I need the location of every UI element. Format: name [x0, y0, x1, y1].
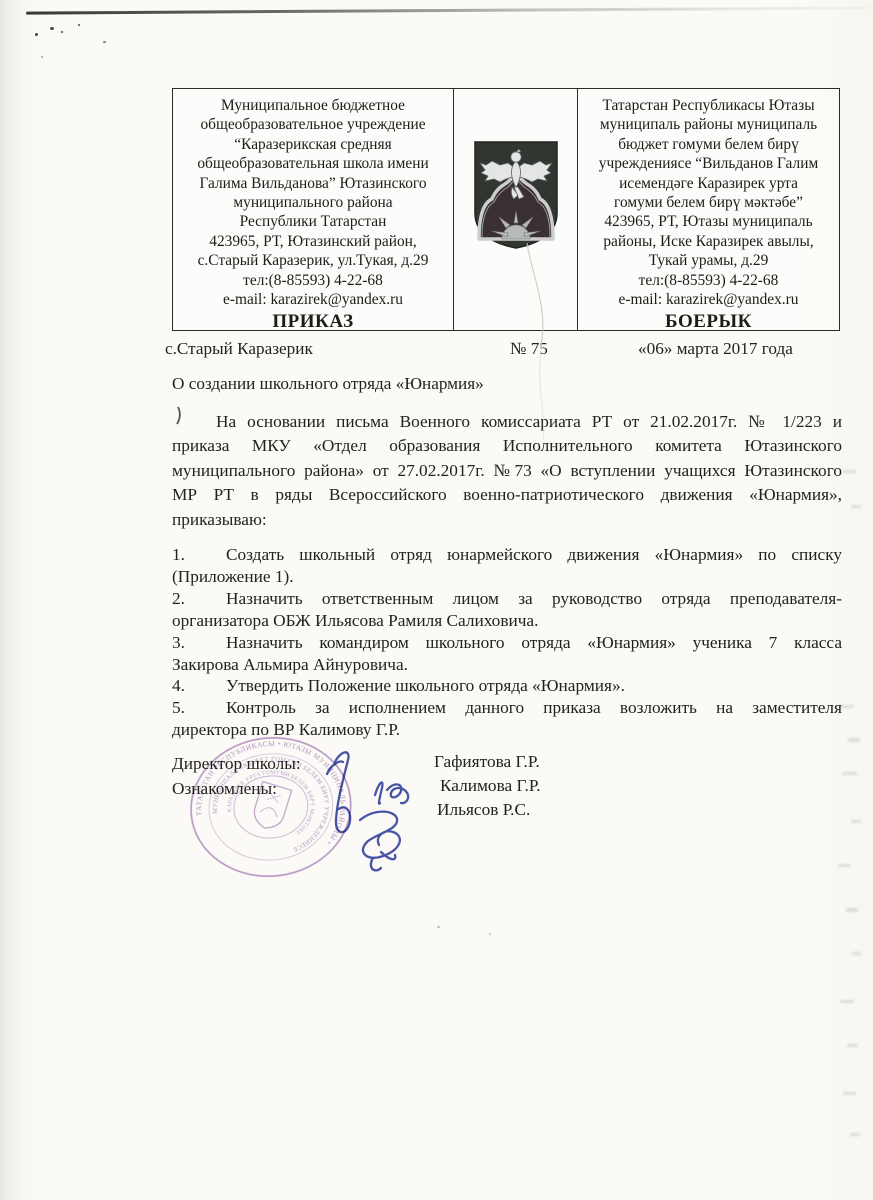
scanned-document-page: Муниципальное бюджетное общеобразователь… [0, 0, 873, 1200]
order-item-3: 3.Назначить командиром школьного отряда … [172, 632, 842, 676]
bleed-through-mark [850, 1133, 860, 1136]
letterhead-line: общеобразовательная школа имени [173, 154, 453, 173]
letterhead-line: тел:(8-85593) 4-22-68 [173, 271, 453, 290]
letterhead-line: с.Старый Каразерик, ул.Тукая, д.29 [173, 251, 453, 270]
order-word-tatar: БОЕРЫК [578, 310, 839, 333]
letterhead-russian-block: Муниципальное бюджетное общеобразователь… [173, 89, 454, 330]
preamble-line: приказа МКУ «Отдел образования Исполните… [172, 434, 842, 458]
stamp-inner-ring-text: КАРАЗИРЕК УРТА ГОМУМИ БЕЛЕМ БИРҮ МӘКТӘБЕ [223, 765, 319, 844]
letterhead-line: муниципаль районы муниципаль [578, 115, 839, 134]
letterhead-tatar-block: Татарстан Республикасы Ютазы муниципаль … [578, 89, 839, 330]
order-preamble: На основании письма Военного комиссариат… [172, 410, 842, 532]
order-item-1: 1.Создать школьный отряд юнармейского дв… [172, 544, 842, 588]
letterhead-line: исемендәге Каразирек урта [578, 174, 839, 193]
scan-speck [103, 41, 106, 43]
ilyasov-signature-stroke [360, 812, 400, 858]
scan-speck [35, 33, 38, 36]
order-subject: О создании школьного отряда «Юнармия» [172, 374, 484, 394]
order-item-4: 4.Утвердить Положение школьного отряда «… [172, 675, 842, 697]
bleed-through-mark [851, 505, 861, 508]
stamp-center-shield [250, 782, 292, 833]
scan-speck [61, 31, 63, 33]
item-text: Назначить командиром школьного отряда «Ю… [226, 633, 842, 652]
item-number: 5. [172, 697, 226, 719]
bleed-through-mark [852, 952, 861, 955]
scan-speck [437, 926, 440, 928]
letterhead-line: Республики Татарстан [173, 212, 453, 231]
kalimova-signature-stroke [375, 782, 382, 803]
letterhead-line: бюджет гомуми белем бирү [578, 135, 839, 154]
letterhead-line: e-mail: karazirek@yandex.ru [578, 290, 839, 309]
order-item-2: 2.Назначить ответственным лицом за руков… [172, 588, 842, 632]
letterhead-line: Татарстан Республикасы Ютазы [578, 96, 839, 115]
scan-speck [50, 27, 54, 30]
item-number: 3. [172, 632, 226, 654]
scan-edge-line [26, 6, 868, 14]
coat-of-arms-icon [472, 139, 560, 251]
letterhead-line: Галима Вильданова” Ютазинского [173, 174, 453, 193]
letterhead-line: общеобразовательное учреждение [173, 115, 453, 134]
order-meta-row: с.Старый Каразерик № 75 «06» марта 2017 … [165, 339, 855, 363]
handwritten-signatures [315, 740, 430, 880]
director-signature-stroke [327, 762, 343, 774]
bleed-through-mark [840, 705, 854, 708]
preamble-line: МР РТ в ряды Всероссийского военно-патри… [172, 483, 842, 507]
preamble-line: На основании письма Военного комиссариат… [172, 410, 842, 434]
item-number: 4. [172, 675, 226, 697]
bleed-through-mark [848, 738, 860, 742]
preamble-line: муниципального района» от 27.02.2017г. №… [172, 459, 842, 483]
item-number: 2. [172, 588, 226, 610]
bleed-through-mark [838, 864, 851, 867]
order-word-russian: ПРИКАЗ [173, 310, 453, 333]
order-place: с.Старый Каразерик [165, 339, 313, 359]
letterhead-line: муниципального района [173, 193, 453, 212]
preamble-line: приказываю: [172, 508, 842, 532]
scan-speck [489, 933, 491, 935]
order-number: № 75 [510, 339, 548, 359]
signature-name-ilyasov: Ильясов Р.С. [437, 800, 530, 820]
item-text: Утвердить Положение школьного отряда «Юн… [226, 676, 625, 695]
bleed-through-mark [842, 772, 857, 775]
signature-name-kalimova: Калимова Г.Р. [440, 776, 541, 796]
bleed-through-mark [851, 820, 861, 823]
bleed-through-mark [847, 1044, 858, 1047]
letterhead-line: районы, Иске Каразирек авылы, [578, 232, 839, 251]
letterhead-emblem-cell [454, 89, 578, 330]
scan-speck [78, 24, 80, 26]
letterhead-line: гомуми белем бирү мәктәбе” [578, 193, 839, 212]
item-text: Назначить ответственным лицом за руковод… [226, 589, 842, 608]
bleed-through-mark [846, 908, 858, 912]
letterhead-line: Муниципальное бюджетное [173, 96, 453, 115]
letterhead-table: Муниципальное бюджетное общеобразователь… [172, 88, 840, 331]
order-date: «06» марта 2017 года [638, 339, 793, 359]
item-text: Создать школьный отряд юнармейского движ… [226, 545, 842, 564]
item-text: Контроль за исполнением данного приказа … [226, 698, 842, 717]
scan-speck [41, 56, 43, 58]
item-text: (Приложение 1). [172, 566, 842, 588]
signature-name-director: Гафиятова Г.Р. [434, 752, 540, 772]
bleed-through-mark [840, 1000, 854, 1003]
letterhead-line: Тукай урамы, д.29 [578, 251, 839, 270]
letterhead-line: тел:(8-85593) 4-22-68 [578, 271, 839, 290]
svg-text:КАРАЗИРЕК УРТА ГОМУМИ БЕЛЕМ БИ: КАРАЗИРЕК УРТА ГОМУМИ БЕЛЕМ БИРҮ МӘКТӘБЕ [223, 765, 319, 844]
kalimova-signature-stroke [387, 784, 408, 803]
director-signature-stroke [335, 752, 350, 832]
letterhead-line: 423965, РТ, Ютазинский район, [173, 232, 453, 251]
order-items-list: 1.Создать школьный отряд юнармейского дв… [172, 544, 842, 741]
item-text: Закирова Альмира Айнуровича. [172, 654, 842, 676]
letterhead-line: e-mail: karazirek@yandex.ru [173, 290, 453, 309]
item-text: организатора ОБЖ Ильясова Рамиля Салихов… [172, 610, 842, 632]
bleed-through-mark [843, 470, 856, 473]
item-number: 1. [172, 544, 226, 566]
letterhead-line: “Каразерикская средняя [173, 135, 453, 154]
ilyasov-signature-stroke [371, 858, 381, 870]
bleed-through-mark [843, 1092, 856, 1095]
letterhead-line: 423965, РТ, Ютазы муниципаль [578, 212, 839, 231]
letterhead-line: учреждениясе “Вильданов Галим [578, 154, 839, 173]
